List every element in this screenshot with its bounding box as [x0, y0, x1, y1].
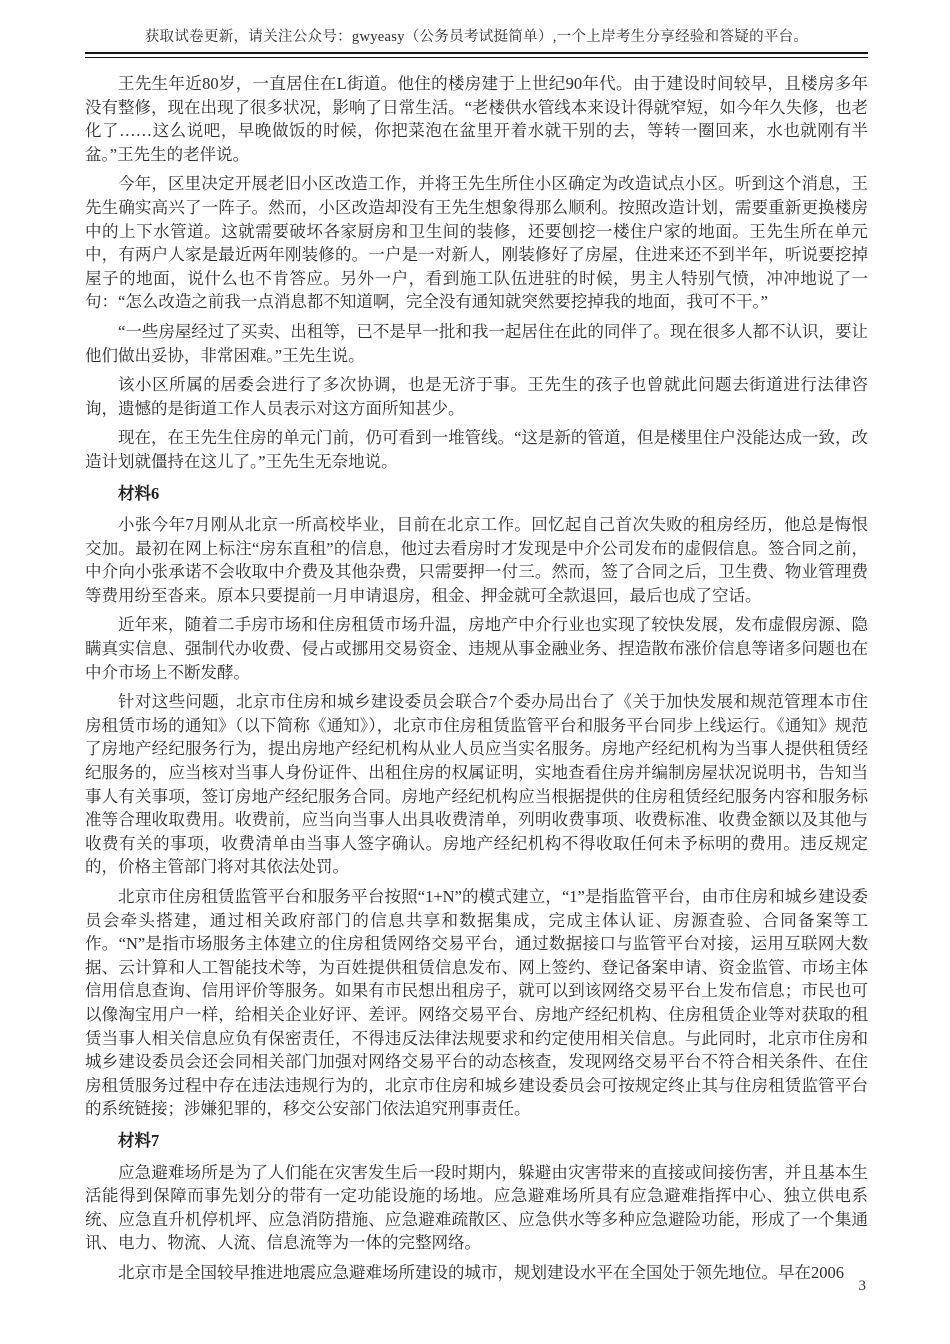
- header-note: 获取试卷更新，请关注公众号：gwyeasy（公务员考试挺简单）,一个上岸考生分享…: [85, 27, 868, 47]
- material-paragraph: 针对这些问题，北京市住房和城乡建设委员会联合7个委办局出台了《关于加快发展和规范…: [85, 690, 868, 879]
- exam-document-page: 获取试卷更新，请关注公众号：gwyeasy（公务员考试挺简单）,一个上岸考生分享…: [0, 0, 950, 1344]
- material-heading: 材料7: [85, 1129, 868, 1153]
- material-paragraph: 小张今年7月刚从北京一所高校毕业，目前在北京工作。回忆起自己首次失败的租房经历，…: [85, 513, 868, 607]
- material-paragraph: 王先生年近80岁，一直居住在L街道。他住的楼房建于上世纪90年代。由于建设时间较…: [85, 72, 868, 166]
- material-paragraph: 近年来，随着二手房市场和住房租赁市场升温，房地产中介行业也实现了较快发展，发布虚…: [85, 613, 868, 684]
- material-paragraph: 今年，区里决定开展老旧小区改造工作，并将王先生所住小区确定为改造试点小区。听到这…: [85, 172, 868, 314]
- material-paragraph: 北京市住房租赁监管平台和服务平台按照“1+N”的模式建立，“1”是指监管平台，由…: [85, 885, 868, 1121]
- material-paragraph: 北京市是全国较早推进地震应急避难场所建设的城市，规划建设水平在全国处于领先地位。…: [85, 1261, 868, 1285]
- material-paragraph: “一些房屋经过了买卖、出租等，已不是早一批和我一起居住在此的同伴了。现在很多人都…: [85, 320, 868, 367]
- material-paragraph: 现在，在王先生住房的单元门前，仍可看到一堆管线。“这是新的管道，但是楼里住户没能…: [85, 426, 868, 473]
- page-number: 3: [859, 1278, 867, 1295]
- header-double-rule: [85, 52, 868, 58]
- material-heading: 材料6: [85, 482, 868, 506]
- page-header: 获取试卷更新，请关注公众号：gwyeasy（公务员考试挺简单）,一个上岸考生分享…: [85, 27, 868, 58]
- document-body: 王先生年近80岁，一直居住在L街道。他住的楼房建于上世纪90年代。由于建设时间较…: [85, 72, 868, 1285]
- material-paragraph: 应急避难场所是为了人们能在灾害发生后一段时期内，躲避由灾害带来的直接或间接伤害，…: [85, 1161, 868, 1255]
- material-paragraph: 该小区所属的居委会进行了多次协调，也是无济于事。王先生的孩子也曾就此问题去街道进…: [85, 373, 868, 420]
